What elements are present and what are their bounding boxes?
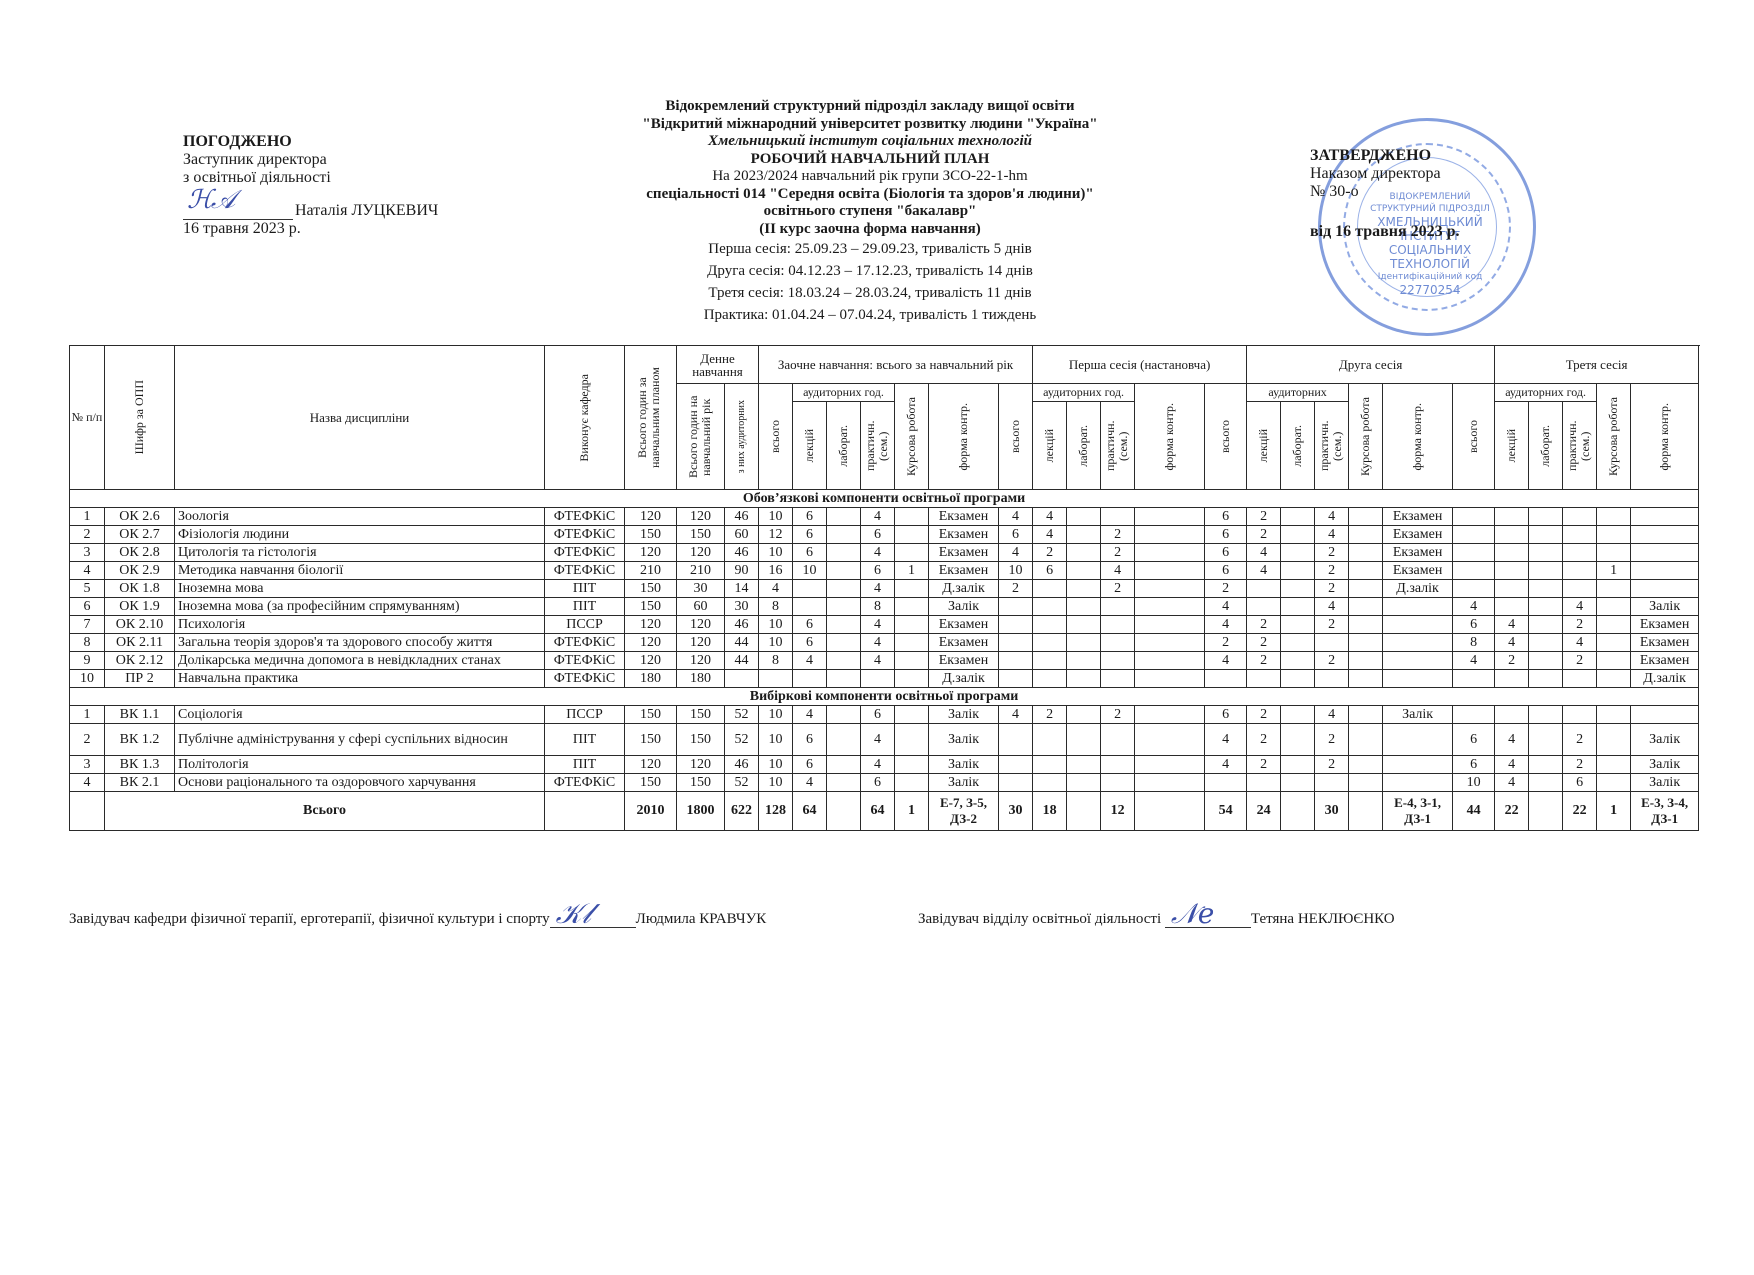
cell-plan: 150 (625, 774, 677, 792)
total-s1-lec: 18 (1033, 792, 1067, 831)
cell-s3-lab (1529, 526, 1563, 544)
cell-name: Навчальна практика (175, 670, 545, 688)
cell-s3-pr: 2 (1563, 756, 1597, 774)
col-name: Назва дисципліни (175, 346, 545, 490)
cell-s1-lec (1033, 616, 1067, 634)
session-2-info: Друга сесія: 04.12.23 – 17.12.23, тривал… (560, 260, 1180, 282)
cell-s2-ctl: Екзамен (1383, 526, 1453, 544)
cell-code: ОК 2.7 (105, 526, 175, 544)
cell-n: 5 (70, 580, 105, 598)
cell-s1-lab (1067, 544, 1101, 562)
col-s3-kr: Курсова робота (1597, 384, 1631, 490)
cell-d-tot: 150 (677, 526, 725, 544)
col-s1-lec: лекцій (1033, 402, 1067, 490)
cell-plan: 120 (625, 756, 677, 774)
cell-s3-tot (1453, 670, 1495, 688)
cell-s1-pr: 2 (1101, 544, 1135, 562)
cell-code: ОК 2.9 (105, 562, 175, 580)
cell-s1-tot: 10 (999, 562, 1033, 580)
curriculum-table: № п/п Шифр за ОПП Назва дисципліни Викон… (69, 345, 1699, 831)
cell-s1-lab (1067, 634, 1101, 652)
cell-s1-pr (1101, 508, 1135, 526)
cell-s3-lec (1495, 580, 1529, 598)
cell-s3-ctl: Залік (1631, 756, 1699, 774)
cell-d-aud (725, 670, 759, 688)
col-s3-pr: практичн. (сем.) (1563, 402, 1597, 490)
cell-s1-lab (1067, 774, 1101, 792)
cell-z-tot: 10 (759, 724, 793, 756)
cell-s3-lab (1529, 562, 1563, 580)
cell-z-kr (895, 526, 929, 544)
cell-plan: 120 (625, 652, 677, 670)
cell-z-kr (895, 544, 929, 562)
cell-s1-ctl (1135, 526, 1205, 544)
cell-code: ОК 2.6 (105, 508, 175, 526)
cell-s2-tot: 4 (1205, 598, 1247, 616)
cell-s2-ctl (1383, 634, 1453, 652)
cell-s3-lec (1495, 544, 1529, 562)
cell-dept: ПІТ (545, 756, 625, 774)
order-number: № 30-о (1310, 183, 1460, 201)
cell-s3-kr (1597, 774, 1631, 792)
cell-s1-pr (1101, 670, 1135, 688)
cell-z-pr: 4 (861, 652, 895, 670)
cell-z-pr: 6 (861, 774, 895, 792)
total-z-lab (827, 792, 861, 831)
cell-name: Долікарська медична допомога в невідклад… (175, 652, 545, 670)
col-s2-aud: аудиторних (1247, 384, 1349, 402)
cell-s2-lab (1281, 756, 1315, 774)
cell-z-pr (861, 670, 895, 688)
col-s2-pr: практичн. (сем.) (1315, 402, 1349, 490)
col-s3-aud: аудиторних год. (1495, 384, 1597, 402)
cell-z-lab (827, 756, 861, 774)
cell-z-ctl: Екзамен (929, 652, 999, 670)
cell-s2-ctl (1383, 756, 1453, 774)
cell-s2-tot (1205, 670, 1247, 688)
cell-s2-ctl: Д.залік (1383, 580, 1453, 598)
cell-d-aud: 52 (725, 774, 759, 792)
cell-s2-kr (1349, 756, 1383, 774)
cell-s2-kr (1349, 724, 1383, 756)
signature-icon: 𝒦𝓁 (556, 897, 591, 931)
cell-s2-tot: 2 (1205, 634, 1247, 652)
cell-name: Фізіологія людини (175, 526, 545, 544)
cell-s2-lab (1281, 724, 1315, 756)
cell-s3-tot: 10 (1453, 774, 1495, 792)
col-s3-lab: лаборат. (1529, 402, 1563, 490)
cell-d-tot: 150 (677, 706, 725, 724)
total-d-tot: 1800 (677, 792, 725, 831)
cell-d-tot: 150 (677, 774, 725, 792)
cell-s3-pr (1563, 706, 1597, 724)
cell-s2-pr (1315, 774, 1349, 792)
cell-n: 1 (70, 706, 105, 724)
cell-code: ОК 2.8 (105, 544, 175, 562)
cell-s1-tot (999, 652, 1033, 670)
cell-s3-lab (1529, 508, 1563, 526)
cell-s1-ctl (1135, 756, 1205, 774)
cell-z-tot: 10 (759, 756, 793, 774)
cell-s1-ctl (1135, 652, 1205, 670)
cell-s1-pr (1101, 724, 1135, 756)
cell-s1-lec (1033, 774, 1067, 792)
cell-s3-ctl (1631, 562, 1699, 580)
cell-s3-tot: 4 (1453, 598, 1495, 616)
cell-s1-pr (1101, 652, 1135, 670)
cell-s1-lab (1067, 598, 1101, 616)
cell-s3-tot: 4 (1453, 652, 1495, 670)
cell-z-ctl: Залік (929, 706, 999, 724)
cell-plan: 150 (625, 580, 677, 598)
cell-s3-tot (1453, 580, 1495, 598)
table-row: 3ВК 1.3ПолітологіяПІТ120120461064Залік42… (70, 756, 1699, 774)
cell-dept: ПІТ (545, 580, 625, 598)
table-row: 5ОК 1.8Іноземна моваПІТ150301444Д.залік2… (70, 580, 1699, 598)
col-z-ctl: форма контр. (929, 384, 999, 490)
cell-s2-lab (1281, 580, 1315, 598)
header-line-8: (II курс заочна форма навчання) (560, 221, 1180, 239)
cell-s3-pr: 6 (1563, 774, 1597, 792)
cell-plan: 150 (625, 598, 677, 616)
cell-d-tot: 210 (677, 562, 725, 580)
cell-s1-pr: 2 (1101, 706, 1135, 724)
cell-z-lec: 10 (793, 562, 827, 580)
cell-z-ctl: Д.залік (929, 670, 999, 688)
cell-z-ctl: Екзамен (929, 508, 999, 526)
cell-d-aud: 46 (725, 508, 759, 526)
total-s3-pr: 22 (1563, 792, 1597, 831)
cell-s1-tot: 4 (999, 544, 1033, 562)
cell-z-tot: 8 (759, 598, 793, 616)
cell-s2-lab (1281, 706, 1315, 724)
cell-s1-pr: 2 (1101, 526, 1135, 544)
cell-s2-ctl (1383, 724, 1453, 756)
cell-n: 2 (70, 724, 105, 756)
cell-plan: 150 (625, 706, 677, 724)
signature-icon: 𝒩𝑒 (1171, 897, 1214, 931)
cell-s1-lab (1067, 562, 1101, 580)
cell-s2-tot: 4 (1205, 652, 1247, 670)
cell-d-tot: 120 (677, 756, 725, 774)
cell-s3-pr: 4 (1563, 634, 1597, 652)
col-z-kr: Курсова робота (895, 384, 929, 490)
cell-z-lab (827, 616, 861, 634)
total-s2-ctl: Е-4, З-1, ДЗ-1 (1383, 792, 1453, 831)
signature-line: 𝒩𝑒 (1165, 911, 1251, 928)
total-s3-kr: 1 (1597, 792, 1631, 831)
cell-s2-lec: 4 (1247, 562, 1281, 580)
cell-s3-lab (1529, 616, 1563, 634)
cell-s3-lec (1495, 670, 1529, 688)
cell-z-kr (895, 774, 929, 792)
practice-info: Практика: 01.04.24 – 07.04.24, триваліст… (560, 304, 1180, 326)
cell-s2-lab (1281, 670, 1315, 688)
cell-s3-kr (1597, 508, 1631, 526)
col-s1-ctl: форма контр. (1135, 384, 1205, 490)
cell-s2-lec: 2 (1247, 724, 1281, 756)
cell-n: 7 (70, 616, 105, 634)
cell-n: 3 (70, 756, 105, 774)
cell-s1-ctl (1135, 580, 1205, 598)
cell-z-tot (759, 670, 793, 688)
cell-s2-tot: 4 (1205, 756, 1247, 774)
cell-s2-pr: 2 (1315, 544, 1349, 562)
cell-z-pr: 6 (861, 562, 895, 580)
cell-code: ВК 2.1 (105, 774, 175, 792)
cell-s3-ctl (1631, 580, 1699, 598)
footer-left-title: Завідувач кафедри фізичної терапії, ерго… (69, 911, 550, 927)
cell-dept: ПІТ (545, 724, 625, 756)
cell-code: ВК 1.2 (105, 724, 175, 756)
cell-s2-lab (1281, 508, 1315, 526)
cell-z-kr: 1 (895, 562, 929, 580)
table-row: 2ОК 2.7Фізіологія людиниФТЕФКіС150150601… (70, 526, 1699, 544)
cell-z-lab (827, 724, 861, 756)
cell-z-ctl: Залік (929, 724, 999, 756)
cell-s3-lab (1529, 634, 1563, 652)
cell-d-aud: 60 (725, 526, 759, 544)
cell-s2-pr: 2 (1315, 724, 1349, 756)
cell-name: Психологія (175, 616, 545, 634)
cell-s2-kr (1349, 616, 1383, 634)
cell-z-lab (827, 598, 861, 616)
cell-s3-pr: 2 (1563, 724, 1597, 756)
cell-s1-lab (1067, 706, 1101, 724)
cell-s2-pr: 2 (1315, 616, 1349, 634)
cell-s3-tot (1453, 562, 1495, 580)
cell-s2-kr (1349, 652, 1383, 670)
header-line-2: "Відкритий міжнародний університет розви… (560, 116, 1180, 134)
cell-z-lec (793, 670, 827, 688)
cell-s2-kr (1349, 670, 1383, 688)
cell-z-lec: 6 (793, 724, 827, 756)
total-s3-lec: 22 (1495, 792, 1529, 831)
total-z-pr: 64 (861, 792, 895, 831)
cell-s1-lab (1067, 526, 1101, 544)
cell-s3-lec (1495, 598, 1529, 616)
col-group-session1: Перша сесія (настановча) (1033, 346, 1247, 384)
cell-s1-lec (1033, 670, 1067, 688)
footer-right-name: Тетяна НЕКЛЮЄНКО (1251, 911, 1395, 927)
cell-s2-tot: 2 (1205, 580, 1247, 598)
col-s2-lec: лекцій (1247, 402, 1281, 490)
cell-s3-lec (1495, 562, 1529, 580)
cell-s3-tot: 6 (1453, 724, 1495, 756)
cell-z-lec: 4 (793, 652, 827, 670)
cell-s3-tot (1453, 706, 1495, 724)
approved-left-name: Наталія ЛУЦКЕВИЧ (295, 202, 438, 219)
cell-z-pr: 4 (861, 756, 895, 774)
cell-s3-pr: 4 (1563, 598, 1597, 616)
cell-z-pr: 6 (861, 526, 895, 544)
cell-s3-ctl: Екзамен (1631, 616, 1699, 634)
cell-s2-kr (1349, 544, 1383, 562)
cell-z-lab (827, 634, 861, 652)
cell-dept: ФТЕФКіС (545, 670, 625, 688)
cell-s1-lec: 2 (1033, 544, 1067, 562)
cell-s2-ctl (1383, 652, 1453, 670)
cell-plan: 120 (625, 634, 677, 652)
cell-s3-pr (1563, 580, 1597, 598)
col-z-total: всього (759, 384, 793, 490)
cell-s2-kr (1349, 562, 1383, 580)
cell-s2-lab (1281, 634, 1315, 652)
header-line-5: На 2023/2024 навчальний рік групи ЗСО-22… (560, 168, 1180, 186)
cell-s3-lab (1529, 652, 1563, 670)
cell-name: Зоологія (175, 508, 545, 526)
cell-z-lab (827, 652, 861, 670)
cell-s1-pr (1101, 774, 1135, 792)
cell-s2-kr (1349, 526, 1383, 544)
cell-z-tot: 10 (759, 508, 793, 526)
cell-s3-tot: 8 (1453, 634, 1495, 652)
cell-s3-kr (1597, 756, 1631, 774)
cell-dept: ПССР (545, 616, 625, 634)
cell-s2-pr: 4 (1315, 706, 1349, 724)
cell-code: ОК 2.10 (105, 616, 175, 634)
cell-n: 6 (70, 598, 105, 616)
approval-right: ЗАТВЕРДЖЕНО Наказом директора № 30-о від… (1310, 147, 1460, 241)
total-z-ctl: Е-7, З-5, ДЗ-2 (929, 792, 999, 831)
cell-s3-kr (1597, 724, 1631, 756)
cell-z-lec: 6 (793, 634, 827, 652)
cell-d-tot: 120 (677, 508, 725, 526)
cell-s2-kr (1349, 706, 1383, 724)
cell-s1-tot: 2 (999, 580, 1033, 598)
col-s3-lec: лекцій (1495, 402, 1529, 490)
cell-d-tot: 120 (677, 652, 725, 670)
cell-dept: ФТЕФКіС (545, 562, 625, 580)
table-row: 6ОК 1.9Іноземна мова (за професійним спр… (70, 598, 1699, 616)
cell-d-tot: 150 (677, 724, 725, 756)
cell-plan: 210 (625, 562, 677, 580)
cell-s1-ctl (1135, 508, 1205, 526)
cell-s3-tot (1453, 526, 1495, 544)
cell-s1-pr (1101, 756, 1135, 774)
cell-s3-lab (1529, 598, 1563, 616)
cell-s3-lab (1529, 544, 1563, 562)
cell-z-tot: 10 (759, 544, 793, 562)
cell-plan: 120 (625, 508, 677, 526)
col-group-session2: Друга сесія (1247, 346, 1495, 384)
cell-s2-lab (1281, 544, 1315, 562)
cell-s1-lec (1033, 580, 1067, 598)
cell-d-aud: 46 (725, 544, 759, 562)
cell-s2-ctl (1383, 774, 1453, 792)
table-row: 8ОК 2.11Загальна теорія здоров'я та здор… (70, 634, 1699, 652)
header-line-1: Відокремлений структурний підрозділ закл… (560, 98, 1180, 116)
cell-z-kr (895, 706, 929, 724)
cell-s1-lec (1033, 598, 1067, 616)
cell-z-kr (895, 580, 929, 598)
cell-s1-pr: 2 (1101, 580, 1135, 598)
cell-s3-ctl: Д.залік (1631, 670, 1699, 688)
cell-s2-lec (1247, 580, 1281, 598)
cell-z-tot: 10 (759, 774, 793, 792)
cell-s3-tot (1453, 544, 1495, 562)
cell-s3-pr (1563, 562, 1597, 580)
cell-z-tot: 16 (759, 562, 793, 580)
cell-code: ПР 2 (105, 670, 175, 688)
col-dept: Виконує кафедра (545, 346, 625, 490)
signature-line: 𝒦𝓁 (550, 911, 636, 928)
cell-z-tot: 4 (759, 580, 793, 598)
cell-s1-ctl (1135, 544, 1205, 562)
cell-s3-ctl (1631, 706, 1699, 724)
cell-s3-lec: 4 (1495, 774, 1529, 792)
cell-s2-pr: 4 (1315, 526, 1349, 544)
cell-z-kr (895, 670, 929, 688)
cell-s2-ctl (1383, 670, 1453, 688)
cell-s1-lab (1067, 670, 1101, 688)
cell-z-lec: 6 (793, 616, 827, 634)
cell-s3-pr: 2 (1563, 616, 1597, 634)
cell-s2-kr (1349, 580, 1383, 598)
cell-s3-kr (1597, 706, 1631, 724)
cell-s2-lec: 2 (1247, 526, 1281, 544)
total-z-tot: 128 (759, 792, 793, 831)
col-day-total: Всього годин на навчальний рік (677, 384, 725, 490)
cell-dept: ФТЕФКіС (545, 774, 625, 792)
cell-s2-pr: 4 (1315, 598, 1349, 616)
table-row: 1ВК 1.1СоціологіяПССР150150521046Залік42… (70, 706, 1699, 724)
col-z-lab: лаборат. (827, 402, 861, 490)
cell-n: 3 (70, 544, 105, 562)
signature-line: ℋ𝒜 (183, 201, 293, 220)
cell-z-ctl: Екзамен (929, 616, 999, 634)
total-s1-pr: 12 (1101, 792, 1135, 831)
cell-d-aud: 90 (725, 562, 759, 580)
cell-z-kr (895, 616, 929, 634)
cell-s3-kr (1597, 634, 1631, 652)
cell-s1-lec: 4 (1033, 508, 1067, 526)
cell-s2-pr: 2 (1315, 652, 1349, 670)
table-row: 3ОК 2.8Цитологія та гістологіяФТЕФКіС120… (70, 544, 1699, 562)
cell-s3-ctl (1631, 508, 1699, 526)
cell-s2-lec: 2 (1247, 652, 1281, 670)
cell-s1-tot: 4 (999, 706, 1033, 724)
cell-d-tot: 180 (677, 670, 725, 688)
cell-z-ctl: Д.залік (929, 580, 999, 598)
cell-s2-lab (1281, 652, 1315, 670)
cell-name: Соціологія (175, 706, 545, 724)
cell-z-ctl: Екзамен (929, 634, 999, 652)
cell-name: Іноземна мова (за професійним спрямуванн… (175, 598, 545, 616)
cell-name: Політологія (175, 756, 545, 774)
cell-s2-tot: 6 (1205, 706, 1247, 724)
cell-s1-tot (999, 616, 1033, 634)
total-label: Всього (105, 792, 545, 831)
cell-s1-lab (1067, 652, 1101, 670)
cell-s1-ctl (1135, 706, 1205, 724)
cell-s2-tot: 4 (1205, 616, 1247, 634)
cell-s3-kr (1597, 526, 1631, 544)
total-s1-lab (1067, 792, 1101, 831)
cell-s3-lab (1529, 706, 1563, 724)
cell-s2-lec: 4 (1247, 544, 1281, 562)
cell-plan: 120 (625, 616, 677, 634)
cell-s1-lec (1033, 652, 1067, 670)
footer-left-name: Людмила КРАВЧУК (636, 911, 767, 927)
cell-s1-tot (999, 756, 1033, 774)
col-s3-ctl: форма контр. (1631, 384, 1699, 490)
cell-n: 9 (70, 652, 105, 670)
cell-d-aud: 14 (725, 580, 759, 598)
table-row: 1ОК 2.6ЗоологіяФТЕФКіС120120461064Екзаме… (70, 508, 1699, 526)
cell-z-lab (827, 544, 861, 562)
table-row: 9ОК 2.12Долікарська медична допомога в н… (70, 652, 1699, 670)
